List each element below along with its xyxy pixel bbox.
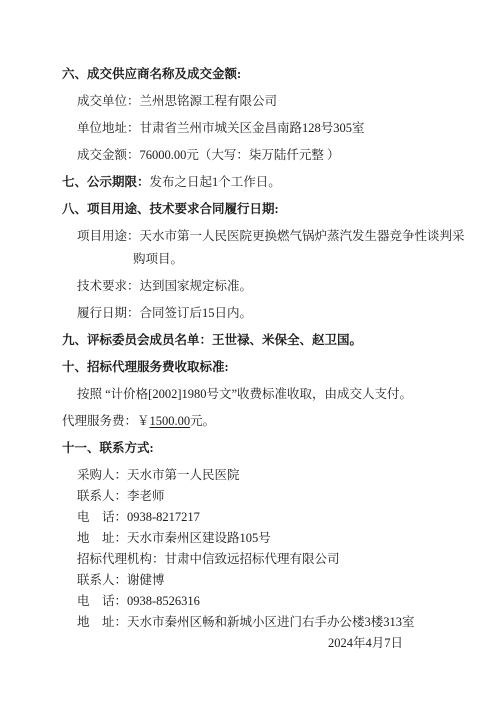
supplier-address-line: 单位地址：甘肃省兰州市城关区金昌南路128号305室 xyxy=(77,120,444,137)
section8-heading: 八、项目用途、技术要求合同履行日期: xyxy=(62,201,444,218)
deal-amount-line: 成交金额：76000.00元（大写：柒万陆仟元整 ） xyxy=(77,147,444,164)
fee-basis-line: 按照 “计价格[2002]1980号文”收费标准收取，由成交人支付。 xyxy=(77,386,444,403)
agency-line: 招标代理机构：甘肃中信致远招标代理有限公司 xyxy=(77,551,444,568)
section6-heading: 六、成交供应商名称及成交金额: xyxy=(62,66,444,83)
buyer-contact-person-line: 联系人：李老师 xyxy=(77,488,444,505)
agency-phone-line: 电 话：0938-8526316 xyxy=(77,593,444,610)
announcement-document-page: 六、成交供应商名称及成交金额: 成交单位：兰州思铭源工程有限公司 单位地址：甘肃… xyxy=(0,0,500,706)
project-purpose-line1: 项目用途：天水市第一人民医院更换燃气锅炉蒸汽发生器竞争性谈判采 xyxy=(77,228,444,245)
buyer-line: 采购人：天水市第一人民医院 xyxy=(77,467,444,484)
technical-requirement-line: 技术要求：达到国家规定标准。 xyxy=(77,278,444,295)
section11-heading: 十一、联系方式: xyxy=(62,440,444,457)
section10-heading: 十、招标代理服务费收取标准: xyxy=(62,359,444,376)
deal-supplier-line: 成交单位：兰州思铭源工程有限公司 xyxy=(77,93,444,110)
buyer-phone-line: 电 话：0938-8217217 xyxy=(77,509,444,526)
agency-fee-amount: 1500.00 xyxy=(150,414,191,428)
agency-fee-line: 代理服务费：￥1500.00元。 xyxy=(62,413,444,430)
document-date: 2024年4月7日 xyxy=(62,635,444,652)
buyer-address-line: 地 址：天水市秦州区建设路105号 xyxy=(77,530,444,547)
section9-committee-line: 九、评标委员会成员名单：王世禄、米保全、赵卫国。 xyxy=(62,332,444,349)
project-purpose-line2: 购项目。 xyxy=(133,251,444,268)
agency-address-line: 地 址：天水市秦州区畅和新城小区进门右手办公楼3楼313室 xyxy=(77,614,444,631)
publicity-period-label: 七、公示期限： xyxy=(62,175,150,189)
section7-heading-line: 七、公示期限：发布之日起1个工作日。 xyxy=(62,174,444,191)
currency-symbol: ￥ xyxy=(137,414,150,428)
agency-fee-suffix: 元。 xyxy=(190,414,215,428)
publicity-period-value: 发布之日起1个工作日。 xyxy=(150,175,281,189)
performance-date-line: 履行日期：合同签订后15日内。 xyxy=(77,305,444,322)
agency-fee-label: 代理服务费： xyxy=(62,414,137,428)
agency-contact-person-line: 联系人：谢健博 xyxy=(77,572,444,589)
